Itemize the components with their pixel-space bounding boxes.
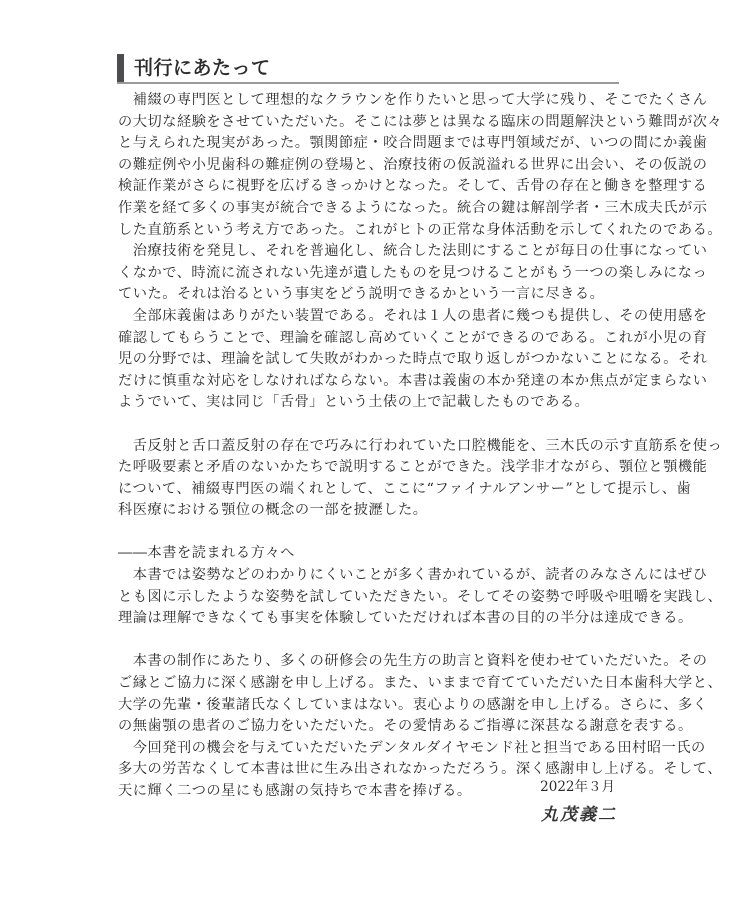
text-line: の大切な経験をさせていただいた。そこには夢とは異なる臨床の問題解決という難問が次…	[118, 112, 618, 134]
text-line: くなかで、時流に流されない先達が遺したものを見つけることがもう一つの楽しみになっ	[118, 263, 618, 285]
text-line: の無歯顎の患者のご協力をいただいた。その愛情あるご指導に深甚なる謝意を表する。	[118, 716, 618, 738]
text-line: ようでいて、実は同じ「舌骨」という土俵の上で記載したものである。	[118, 392, 618, 414]
page-title: 刊行にあたって	[134, 53, 271, 80]
text-line: 舌反射と舌口蓋反射の存在で巧みに行われていた口腔機能を、三木氏の示す直筋系を使っ	[118, 436, 618, 458]
paragraph: 全部床義歯はありがたい装置である。それは１人の患者に幾つも提供し、その使用感を確…	[118, 306, 618, 414]
text-line: ていた。それは治るという事実をどう説明できるかという一言に尽きる。	[118, 284, 618, 306]
text-line: だけに慎重な対応をしなければならない。本書は義歯の本か発達の本か焦点が定まらない	[118, 371, 618, 393]
paragraph: 本書の制作にあたり、多くの研修会の先生方の助言と資料を使わせていただいた。そのご…	[118, 651, 618, 737]
text-line: 治療技術を発見し、それを普遍化し、統合した法則にすることが毎日の仕事になってい	[118, 241, 618, 263]
text-line: 補綴の専門医として理想的なクラウンを作りたいと思って大学に残り、そこでたくさん	[118, 90, 618, 112]
paragraph: 本書では姿勢などのわかりにくいことが多く書かれているが、読者のみなさんにはぜひと…	[118, 565, 618, 630]
text-line: た呼吸要素と矛盾のないかたちで説明することができた。浅学非才ながら、顎位と顎機能	[118, 457, 618, 479]
text-line: ――本書を読まれる方々へ	[118, 543, 618, 565]
text-line: 大学の先輩・後輩諸氏なくしていまはない。衷心よりの感謝を申し上げる。さらに、多く	[118, 695, 618, 717]
author-signature: 丸茂義二	[541, 800, 617, 825]
date-line: 2022年３月	[540, 775, 615, 795]
paragraph: 補綴の専門医として理想的なクラウンを作りたいと思って大学に残り、そこでたくさんの…	[118, 90, 618, 241]
paragraph: 治療技術を発見し、それを普遍化し、統合した法則にすることが毎日の仕事になっていく…	[118, 241, 618, 306]
text-line: 科医療における顎位の概念の一部を披瀝した。	[118, 500, 618, 522]
paragraph: 舌反射と舌口蓋反射の存在で巧みに行われていた口腔機能を、三木氏の示す直筋系を使っ…	[118, 436, 618, 522]
text-line: 本書では姿勢などのわかりにくいことが多く書かれているが、読者のみなさんにはぜひ	[118, 565, 618, 587]
text-line: 全部床義歯はありがたい装置である。それは１人の患者に幾つも提供し、その使用感を	[118, 306, 618, 328]
text-line: 本書の制作にあたり、多くの研修会の先生方の助言と資料を使わせていただいた。その	[118, 651, 618, 673]
text-line: した直筋系という考え方であった。これがヒトの正常な身体活動を示してくれたのである…	[118, 220, 618, 242]
text-line: 作業を経て多くの事実が統合できるようになった。統合の鍵は解剖学者・三木成夫氏が示	[118, 198, 618, 220]
heading-accent-bar	[117, 54, 124, 82]
text-line: 確認してもらうことで、理論を確認し高めていくことができるのである。これが小児の育	[118, 328, 618, 350]
text-line: 理論は理解できなくても事実を体験していただければ本書の目的の半分は達成できる。	[118, 608, 618, 630]
text-line: 今回発刊の機会を与えていただいたデンタルダイヤモンド社と担当である田村昭一氏の	[118, 738, 618, 760]
paragraph-gap	[118, 414, 618, 436]
text-line: の難症例や小児歯科の難症例の登場と、治療技術の仮説溢れる世界に出会い、その仮説の	[118, 155, 618, 177]
text-line: と与えられた現実があった。顎関節症・咬合問題までは専門領域だが、いつの間にか義歯	[118, 133, 618, 155]
text-line: 検証作業がさらに視野を広げるきっかけとなった。そして、舌骨の存在と働きを整理する	[118, 176, 618, 198]
text-line: とも図に示したような姿勢を試していただきたい。そしてその姿勢で呼吸や咀嚼を実践し…	[118, 587, 618, 609]
text-line: ご縁とご協力に深く感謝を申し上げる。また、いままで育てていただいた日本歯科大学と…	[118, 673, 618, 695]
section-heading: 刊行にあたって	[117, 52, 619, 84]
paragraph-gap	[118, 630, 618, 652]
document-page: 刊行にあたって 補綴の専門医として理想的なクラウンを作りたいと思って大学に残り、…	[0, 0, 735, 900]
paragraph: ――本書を読まれる方々へ	[118, 543, 618, 565]
body-text: 補綴の専門医として理想的なクラウンを作りたいと思って大学に残り、そこでたくさんの…	[118, 90, 618, 803]
text-line: 児の分野では、理論を試して失敗がわかった時点で取り返しがつかないことになる。それ	[118, 349, 618, 371]
text-line: について、補綴専門医の端くれとして、ここに“ファイナルアンサー”として提示し、歯	[118, 479, 618, 501]
paragraph-gap	[118, 522, 618, 544]
